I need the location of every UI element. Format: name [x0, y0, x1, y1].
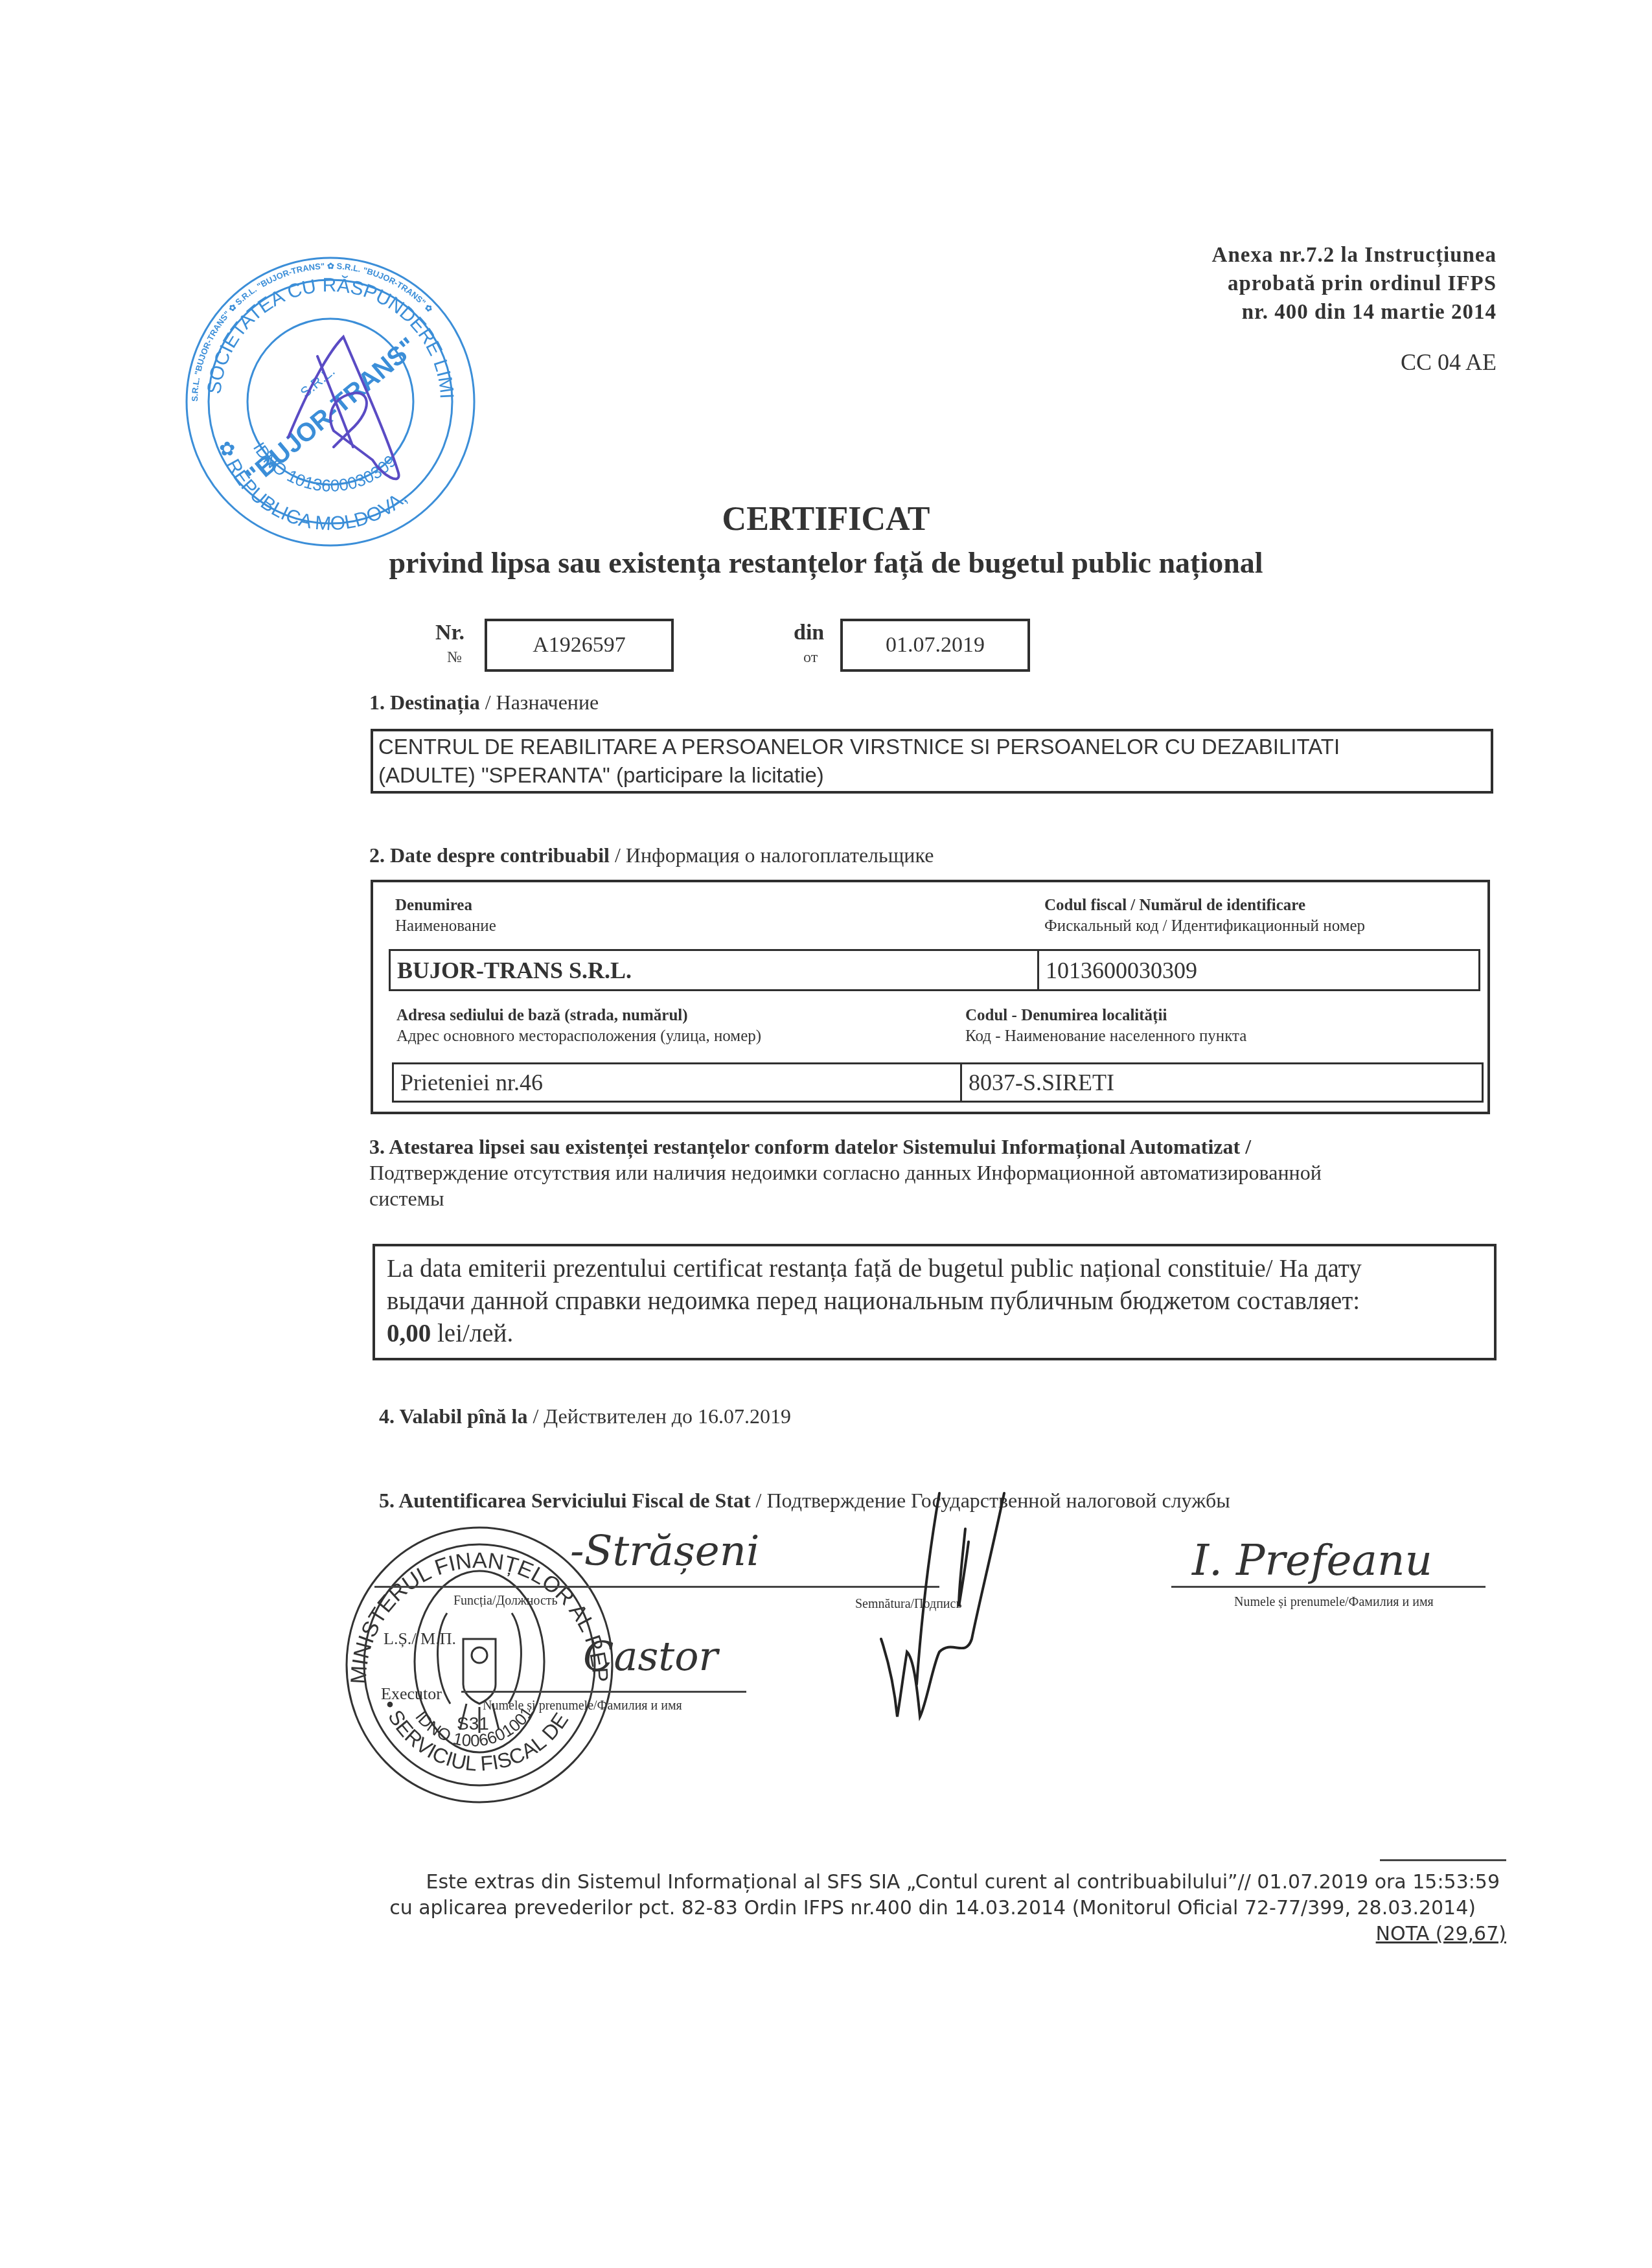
- locality-field: 8037-S.SIRETI: [960, 1062, 1484, 1103]
- valid-until-date: 16.07.2019: [698, 1404, 791, 1428]
- function-caption: Funcția/Должность: [453, 1594, 558, 1609]
- name-label: Denumirea Наименование: [395, 895, 496, 937]
- footer-divider: [1380, 1859, 1506, 1861]
- name-caption: Numele și prenumele/Фамилия и имя: [1234, 1595, 1434, 1610]
- destination-text: CENTRUL DE REABILITARE A PERSOANELOR VIR…: [373, 731, 1491, 791]
- document-title: CERTIFICAT: [0, 500, 1652, 538]
- arrears-statement: La data emiterii prezentului certificat …: [375, 1246, 1494, 1357]
- footer-nota: NOTA (29,67): [1376, 1921, 1506, 1947]
- name-handwritten: I. Prefeanu: [1192, 1535, 1432, 1585]
- address-field: Prieteniei nr.46: [392, 1062, 962, 1103]
- form-code: CC 04 AE: [1401, 349, 1497, 376]
- contributor-name-field: BUJOR-TRANS S.R.L.: [389, 949, 1039, 991]
- section-4-heading: 4. Valabil pînă la / Действителен до 16.…: [379, 1404, 791, 1428]
- destination-box: CENTRUL DE REABILITARE A PERSOANELOR VIR…: [371, 729, 1493, 794]
- section-2-heading: 2. Date despre contribuabil / Информация…: [369, 843, 934, 867]
- official-signature: [842, 1490, 1011, 1723]
- fiscal-code-label: Codul fiscal / Numărul de identificare Ф…: [1044, 895, 1365, 937]
- locality-label: Codul - Denumirea localității Код - Наим…: [965, 1005, 1246, 1047]
- annex-reference: Anexa nr.7.2 la Instrucțiunea aprobată p…: [1212, 241, 1497, 326]
- section-1-heading: 1. Destinația / Назначение: [369, 691, 599, 715]
- document-subtitle: privind lipsa sau existența restanțelor …: [0, 545, 1652, 580]
- arrears-amount: 0,00: [387, 1320, 431, 1347]
- number-label-ru: №: [447, 649, 462, 667]
- executor-signature-line: [461, 1691, 746, 1693]
- footer-legal-line: cu aplicarea prevederilor pct. 82-83 Ord…: [389, 1896, 1476, 1921]
- function-handwritten: -Strășeni: [570, 1528, 759, 1575]
- fiscal-code-field: 1013600030309: [1037, 949, 1480, 991]
- seal-place-label: L.Ș./ М.П.: [384, 1629, 456, 1649]
- executor-handwritten: Castor: [583, 1632, 718, 1680]
- function-signature-line: [374, 1586, 857, 1588]
- name-signature-line: [1171, 1586, 1486, 1588]
- arrears-statement-box: La data emiterii prezentului certificat …: [373, 1244, 1497, 1360]
- annex-line: nr. 400 din 14 martie 2014: [1212, 298, 1497, 326]
- certificate-date-field: 01.07.2019: [840, 619, 1030, 672]
- address-label: Adresa sediului de bază (strada, numărul…: [396, 1005, 761, 1047]
- date-label: din: [794, 621, 824, 645]
- executor-caption: Numele și prenumele/Фамилия и имя: [483, 1699, 682, 1713]
- section-5-heading: 5. Autentificarea Serviciului Fiscal de …: [379, 1489, 1230, 1513]
- annex-line: Anexa nr.7.2 la Instrucțiunea: [1212, 241, 1497, 269]
- executor-label: Executor: [381, 1684, 442, 1704]
- date-label-ru: от: [803, 649, 818, 667]
- section-3-heading: 3. Atestarea lipsei sau existenței resta…: [369, 1134, 1509, 1211]
- number-label: Nr.: [435, 621, 465, 645]
- annex-line: aprobată prin ordinul IFPS: [1212, 269, 1497, 298]
- certificate-number-field: A1926597: [485, 619, 674, 672]
- footer-extract-line: Este extras din Sistemul Informațional a…: [426, 1870, 1500, 1896]
